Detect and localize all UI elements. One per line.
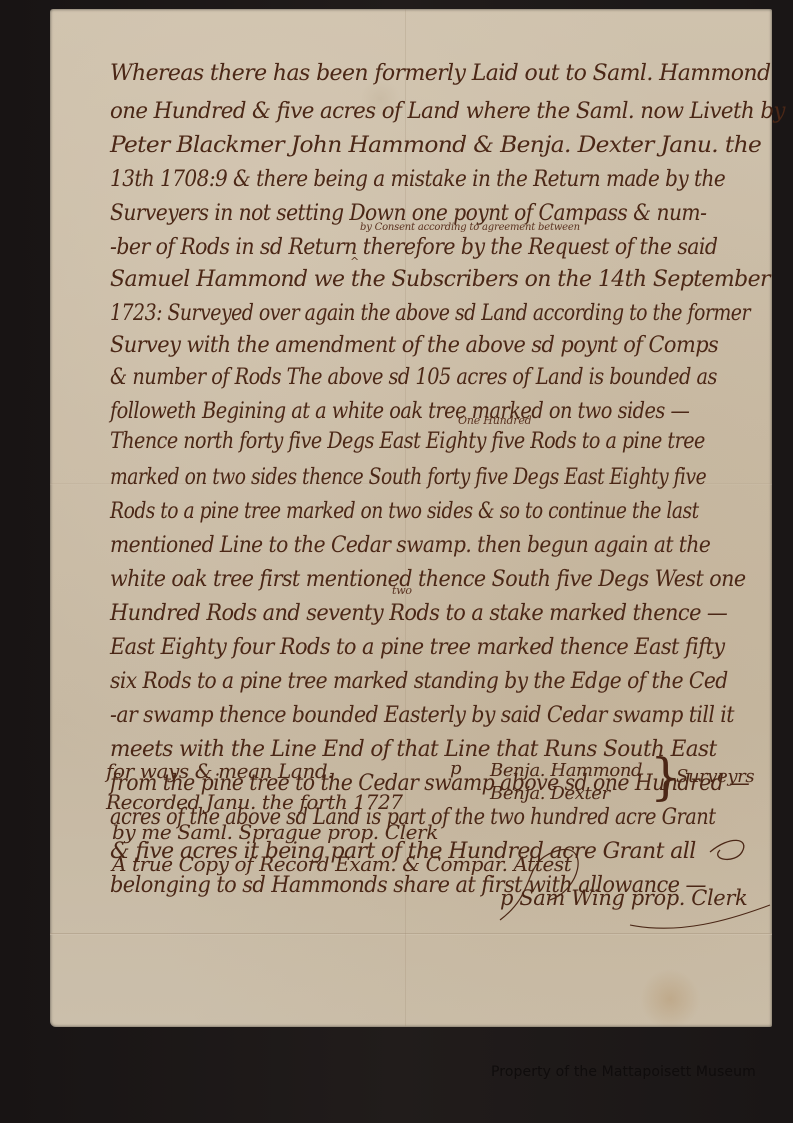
- body-line: Whereas there has been formerly Laid out…: [110, 61, 770, 86]
- body-line: -ar swamp thence bounded Easterly by sai…: [110, 703, 734, 728]
- body-line: -ber of Rods in sd Return therefore by t…: [110, 235, 717, 260]
- interlinear-insertion: One Hundred: [458, 414, 532, 427]
- body-line: mentioned Line to the Cedar swamp. then …: [110, 533, 710, 558]
- attestation-line: A true Copy of Record Exam. & Compar. At…: [112, 852, 571, 876]
- museum-watermark: Property of the Mattapoisett Museum: [491, 1064, 756, 1080]
- horizontal-fold-line: [50, 933, 772, 935]
- recorded-by-line: by me Saml. Sprague prop. Clerk: [112, 820, 438, 844]
- interlinear-insertion: by Consent according to agreement betwee…: [360, 222, 580, 233]
- body-line: one Hundred & five acres of Land where t…: [110, 99, 785, 124]
- recorded-line: Recorded Janu. the forth 1727: [106, 790, 403, 814]
- body-line: Survey with the amendment of the above s…: [110, 333, 718, 358]
- body-line: marked on two sides thence South forty f…: [110, 465, 706, 490]
- body-line: 1723: Surveyed over again the above sd L…: [110, 301, 750, 326]
- surveyor-signature-2: Benja. Dexter: [490, 783, 610, 804]
- surveyor-signature-1: Benja. Hammond: [490, 760, 642, 781]
- closing-line: for ways & mean Land.: [106, 759, 333, 783]
- body-line: East Eighty four Rods to a pine tree mar…: [110, 635, 724, 660]
- body-line: followeth Begining at a white oak tree m…: [110, 399, 689, 424]
- signature-prefix: p: [450, 758, 461, 779]
- interlinear-insertion: two: [392, 584, 412, 597]
- body-line: 13th 1708:9 & there being a mistake in t…: [110, 167, 725, 192]
- body-line: six Rods to a pine tree marked standing …: [110, 669, 728, 694]
- clerk-signature: p Sam Wing prop. Clerk: [500, 886, 747, 910]
- body-line: Hundred Rods and seventy Rods to a stake…: [110, 601, 727, 626]
- surveyor-role: Surveyrs: [676, 766, 754, 787]
- body-line: Peter Blackmer John Hammond & Benja. Dex…: [110, 133, 761, 158]
- body-line: white oak tree first mentioned thence So…: [110, 567, 746, 592]
- body-line: Thence north forty five Degs East Eighty…: [110, 429, 705, 454]
- body-line: Rods to a pine tree marked on two sides …: [110, 499, 699, 524]
- body-line: & number of Rods The above sd 105 acres …: [110, 365, 717, 390]
- body-line: Samuel Hammond we the Subscribers on the…: [110, 267, 770, 292]
